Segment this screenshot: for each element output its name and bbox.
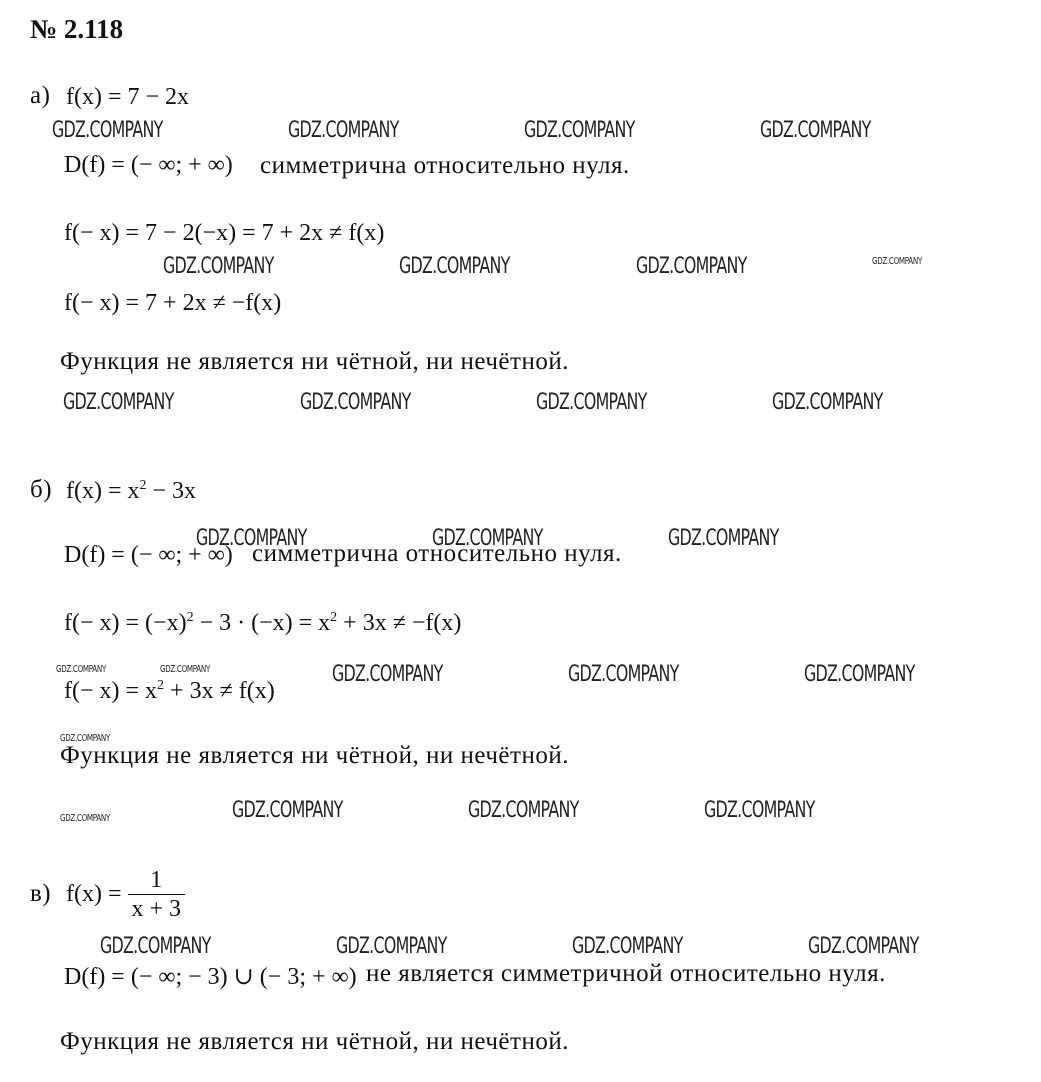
part-a-label: а) — [30, 82, 50, 110]
part-a-function: f(x) = 7 − 2x — [66, 84, 189, 111]
part-c-domain-text: не является симметричной относительно ну… — [366, 960, 886, 988]
watermark: GDZ.COMPANY — [56, 664, 106, 675]
expr-part: f(x) = — [66, 881, 122, 907]
watermark: GDZ.COMPANY — [300, 390, 411, 415]
expr-part: f(− x) = x — [64, 678, 157, 704]
watermark: GDZ.COMPANY — [399, 254, 510, 279]
watermark: GDZ.COMPANY — [536, 390, 647, 415]
watermark: GDZ.COMPANY — [336, 934, 447, 959]
watermark: GDZ.COMPANY — [704, 798, 815, 823]
part-a-even-check: f(− x) = 7 + 2x ≠ −f(x) — [64, 290, 281, 317]
watermark: GDZ.COMPANY — [668, 526, 779, 551]
watermark: GDZ.COMPANY — [760, 118, 871, 143]
expr-part: − 3 · (−x) = x — [194, 610, 331, 636]
watermark: GDZ.COMPANY — [636, 254, 747, 279]
watermark: GDZ.COMPANY — [772, 390, 883, 415]
part-b-odd-check: f(− x) = (−x)2 − 3 · (−x) = x2 + 3x ≠ −f… — [64, 610, 461, 637]
watermark: GDZ.COMPANY — [872, 256, 922, 267]
watermark: GDZ.COMPANY — [163, 254, 274, 279]
exponent: 2 — [157, 678, 164, 693]
watermark: GDZ.COMPANY — [524, 118, 635, 143]
part-c-function: f(x) = 1 x + 3 — [66, 866, 185, 923]
part-b-function: f(x) = x2 − 3x — [66, 478, 196, 505]
problem-number: № 2.118 — [30, 14, 123, 45]
watermark: GDZ.COMPANY — [100, 934, 211, 959]
exponent: 2 — [140, 478, 147, 493]
part-a-conclusion: Функция не является ни чётной, ни нечётн… — [60, 348, 569, 376]
watermark: GDZ.COMPANY — [432, 526, 543, 551]
fraction: 1 x + 3 — [128, 866, 186, 923]
watermark: GDZ.COMPANY — [804, 662, 915, 687]
part-c-conclusion: Функция не является ни чётной, ни нечётн… — [60, 1028, 569, 1056]
watermark: GDZ.COMPANY — [232, 798, 343, 823]
part-b-label: б) — [30, 476, 52, 504]
expr-part: + 3x ≠ f(x) — [164, 678, 275, 704]
part-c-domain-math: D(f) = (− ∞; − 3) ∪ (− 3; + ∞) — [64, 962, 357, 991]
part-b-conclusion: Функция не является ни чётной, ни нечётн… — [60, 742, 569, 770]
part-b-function-base: f(x) = x — [66, 478, 140, 504]
expr-part: f(− x) = (−x) — [64, 610, 187, 636]
part-a-odd-check: f(− x) = 7 − 2(−x) = 7 + 2x ≠ f(x) — [64, 220, 384, 247]
watermark: GDZ.COMPANY — [60, 813, 110, 824]
denominator: x + 3 — [128, 895, 186, 923]
numerator: 1 — [128, 866, 186, 895]
part-a-domain-math: D(f) = (− ∞; + ∞) — [64, 152, 233, 179]
watermark: GDZ.COMPANY — [196, 526, 307, 551]
watermark: GDZ.COMPANY — [52, 118, 163, 143]
watermark: GDZ.COMPANY — [572, 934, 683, 959]
exponent: 2 — [187, 610, 194, 625]
watermark: GDZ.COMPANY — [288, 118, 399, 143]
watermark: GDZ.COMPANY — [568, 662, 679, 687]
watermark: GDZ.COMPANY — [808, 934, 919, 959]
watermark: GDZ.COMPANY — [332, 662, 443, 687]
expr-part: + 3x ≠ −f(x) — [337, 610, 461, 636]
watermark: GDZ.COMPANY — [60, 733, 110, 744]
part-a-domain-text: симметрична относительно нуля. — [260, 152, 630, 180]
watermark: GDZ.COMPANY — [160, 664, 210, 675]
watermark: GDZ.COMPANY — [63, 390, 174, 415]
part-b-even-check: f(− x) = x2 + 3x ≠ f(x) — [64, 678, 275, 705]
part-c-label: в) — [30, 880, 51, 908]
watermark: GDZ.COMPANY — [468, 798, 579, 823]
part-b-function-rest: − 3x — [147, 478, 197, 504]
